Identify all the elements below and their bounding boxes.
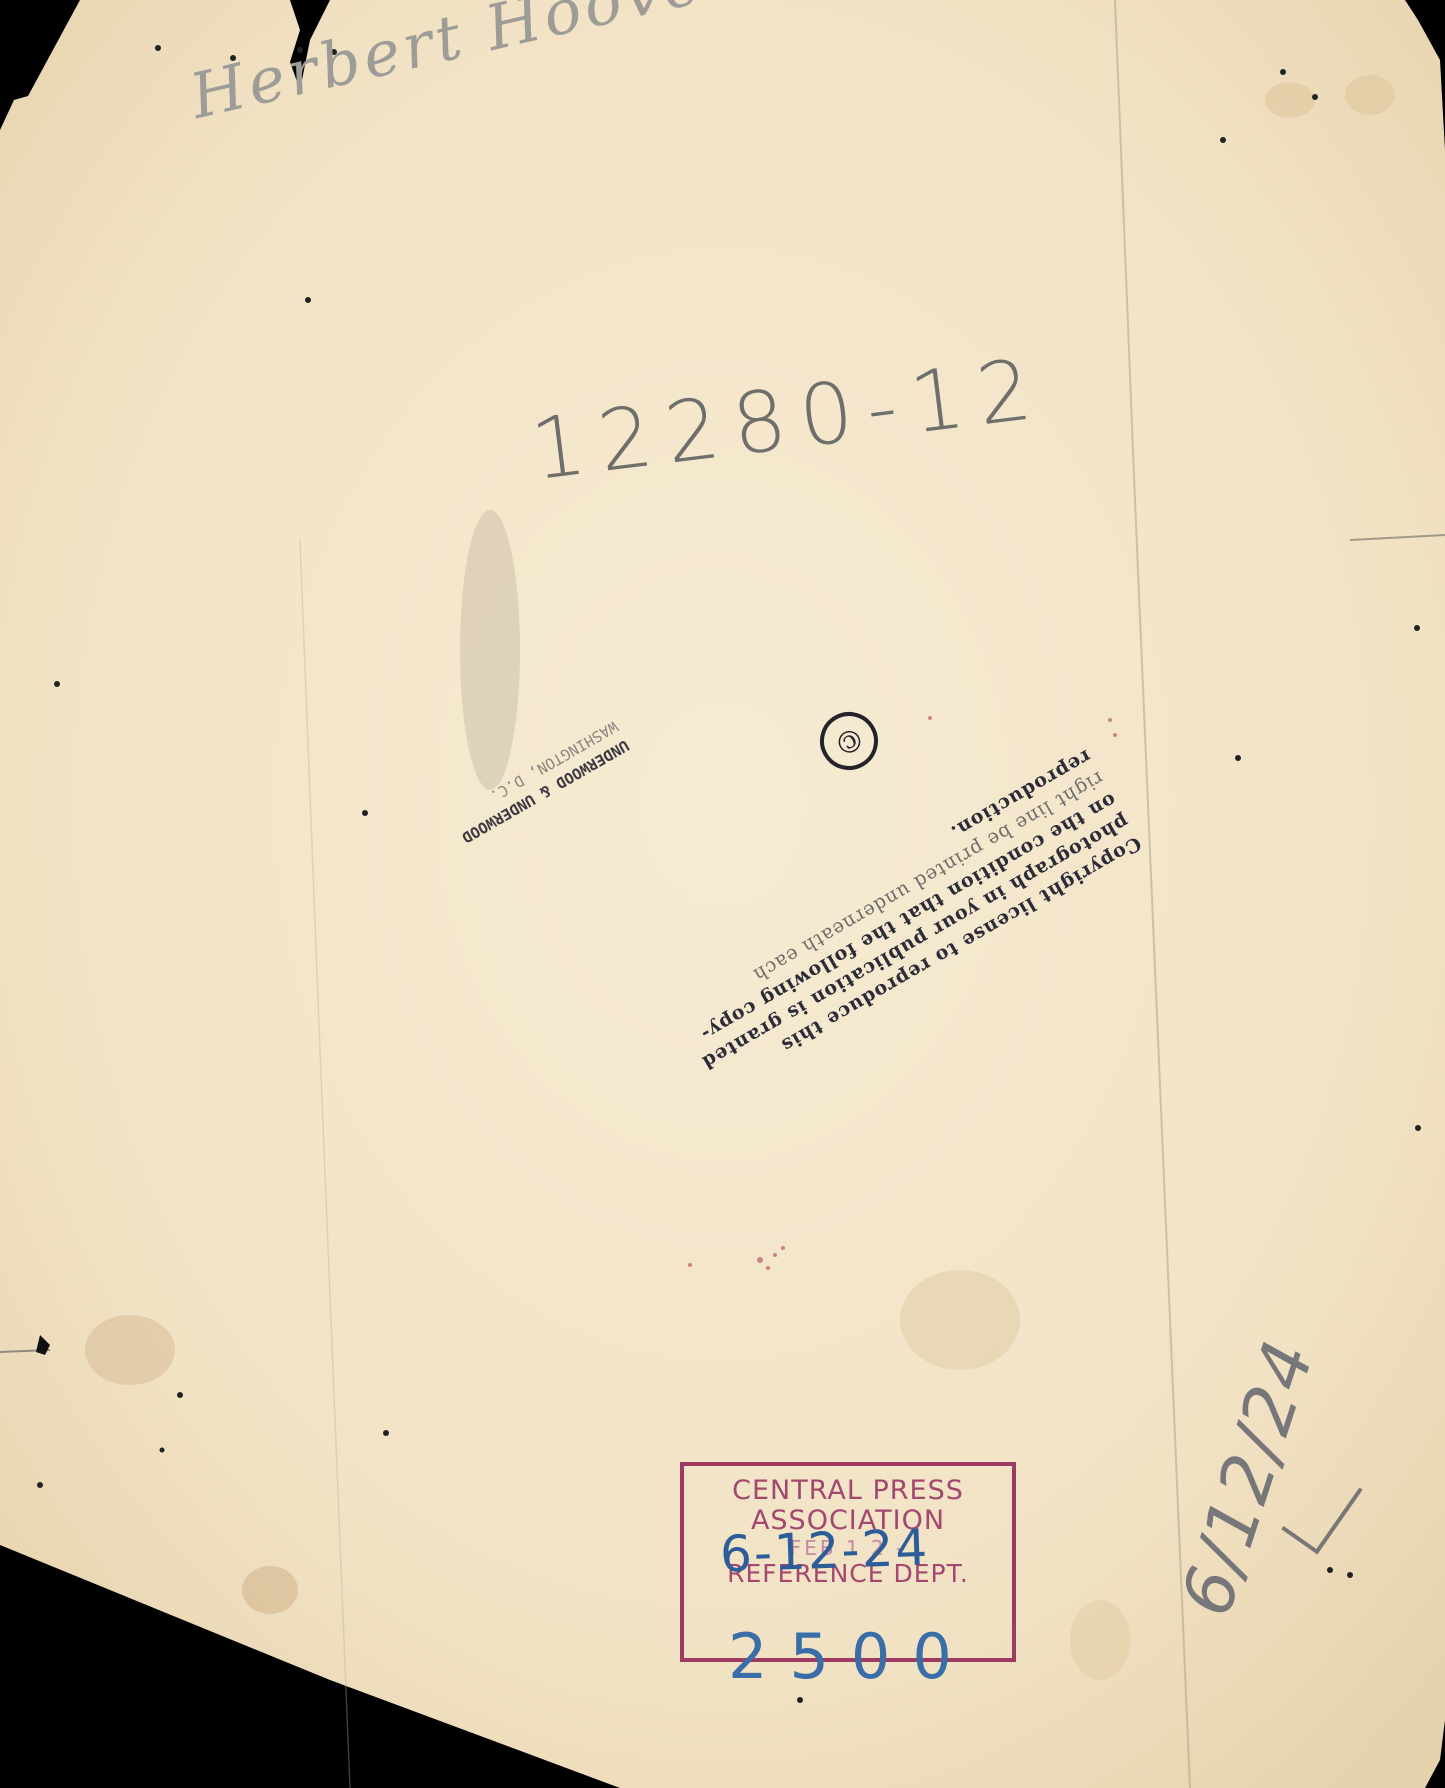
stamp-line-agency: CENTRAL PRESS bbox=[684, 1476, 1012, 1506]
photographer-credit: UNDERWOOD & UNDERWOOD WASHINGTON, D.C. bbox=[447, 716, 633, 849]
handwritten-date: 6-12-24 bbox=[719, 1518, 930, 1583]
reference-number: 2500 bbox=[728, 1620, 974, 1693]
copyright-stamp: UNDERWOOD & UNDERWOOD WASHINGTON, D.C. C… bbox=[405, 690, 965, 1130]
